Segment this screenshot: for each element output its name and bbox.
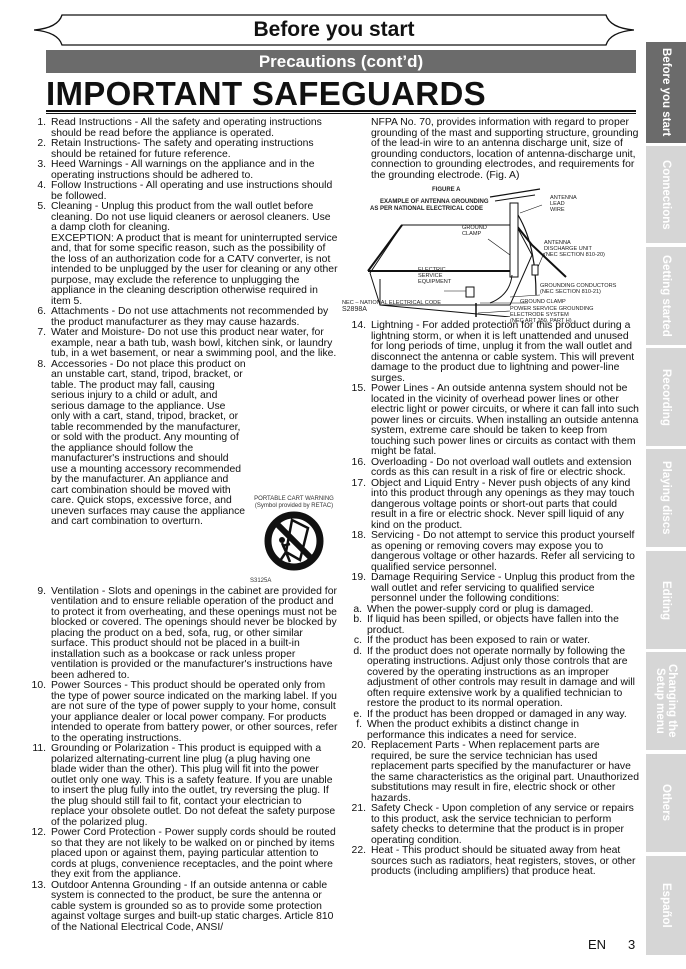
list-item: 2.Retain Instructions- The safety and op… [20, 139, 338, 160]
sub-item: b.If liquid has been spilled, or objects… [340, 615, 640, 636]
tab-label: Editing [660, 581, 672, 620]
sub-item-letter: d. [340, 647, 367, 710]
list-item: 4.Follow Instructions - All operating an… [20, 181, 338, 202]
item-text: Power Sources - This product should be o… [51, 681, 338, 744]
subsection-title: Precautions (cont’d) [46, 50, 636, 73]
item-text: Heed Warnings - All warnings on the appl… [51, 160, 338, 181]
sub-item-letter: b. [340, 615, 367, 636]
item-exception-text: EXCEPTION: A product that is meant for u… [51, 233, 338, 307]
tab-getting-started[interactable]: Getting started [646, 247, 686, 345]
figure-heading: AS PER NATIONAL ELECTRICAL CODE [370, 206, 483, 212]
tab-connections[interactable]: Connections [646, 146, 686, 243]
item-number: 16. [340, 458, 371, 479]
tab-label: Recording [660, 369, 672, 426]
item-text: Cleaning - Unplug this product from the … [51, 201, 331, 233]
list-item: 16.Overloading - Do not overload wall ou… [340, 458, 640, 479]
item-number: 15. [340, 384, 371, 458]
tab-label: Español [660, 883, 672, 928]
item-number: 22. [340, 846, 371, 878]
item-text: Damage Requiring Service - Unplug this p… [371, 573, 640, 605]
item-text: Follow Instructions - All operating and … [51, 181, 338, 202]
list-item: 13.Outdoor Antenna Grounding - If an out… [20, 881, 338, 934]
label-ground-clamp: GROUND CLAMP [462, 225, 487, 237]
tab-others[interactable]: Others [646, 754, 686, 852]
list-item: 15.Power Lines - An outside antenna syst… [340, 384, 640, 458]
tab-editing[interactable]: Editing [646, 551, 686, 649]
tab-recording[interactable]: Recording [646, 348, 686, 446]
list-item: 6.Attachments - Do not use attachments n… [20, 307, 338, 328]
list-item: 9.Ventilation - Slots and openings in th… [20, 587, 338, 682]
cart-tip-over-icon [262, 510, 326, 572]
sub-item-text: If the product has been exposed to rain … [367, 636, 640, 647]
item-text: Read Instructions - All the safety and o… [51, 118, 338, 139]
sub-item: d.If the product does not operate normal… [340, 647, 640, 710]
item-text: Heat - This product should be situated a… [371, 846, 640, 878]
section-tabs: Before you start Connections Getting sta… [646, 0, 686, 969]
item-text: Overloading - Do not overload wall outle… [371, 458, 640, 479]
item-text: NFPA No. 70, provides information with r… [371, 118, 640, 181]
item-number: 20. [340, 741, 371, 804]
label-ground-clamp-bottom: GROUND CLAMP [520, 299, 566, 305]
list-item: 18.Servicing - Do not attempt to service… [340, 531, 640, 573]
item-number: 19. [340, 573, 371, 605]
item-number: 11. [20, 744, 51, 828]
item-number: 8. [20, 360, 51, 587]
item-number: 2. [20, 139, 51, 160]
list-item: 5. Cleaning - Unplug this product from t… [20, 202, 338, 307]
sub-item-text: When the product exhibits a distinct cha… [367, 720, 640, 741]
tab-label: Before you start [660, 48, 672, 136]
page-title: IMPORTANT SAFEGUARDS [46, 76, 486, 112]
tab-changing-setup-menu[interactable]: Changing the Setup menu [646, 652, 686, 750]
tab-label: Others [660, 784, 672, 821]
item-number: 13. [20, 881, 51, 934]
item-number: 4. [20, 181, 51, 202]
list-item: 3.Heed Warnings - All warnings on the ap… [20, 160, 338, 181]
cart-warning-figure: PORTABLE CART WARNING (Symbol provided b… [250, 496, 338, 587]
list-item: 1.Read Instructions - All the safety and… [20, 118, 338, 139]
item-text: Safety Check - Upon completion of any se… [371, 804, 640, 846]
sub-item-letter: c. [340, 636, 367, 647]
label-antenna-lead-wire: ANTENNA LEAD WIRE [550, 195, 577, 214]
item-number: 18. [340, 531, 371, 573]
label-antenna-discharge-unit: ANTENNA DISCHARGE UNIT (NEC SECTION 810-… [544, 240, 605, 259]
list-item: 10.Power Sources - This product should b… [20, 681, 338, 744]
tab-label: Playing discs [660, 461, 672, 535]
cart-warning-code: S3125A [250, 576, 338, 587]
item-text: Retain Instructions- The safety and oper… [51, 139, 338, 160]
figure-antenna-grounding: FIGURE A EXAMPLE OF ANTENNA GROUNDING AS… [340, 185, 640, 317]
item-number: 12. [20, 828, 51, 881]
cart-warning-caption: PORTABLE CART WARNING [250, 496, 338, 503]
language-code: EN [588, 937, 606, 952]
sub-item-text: If liquid has been spilled, or objects h… [367, 615, 640, 636]
figure-heading: EXAMPLE OF ANTENNA GROUNDING [380, 199, 489, 205]
item-text: Water and Moisture- Do not use this prod… [51, 328, 338, 360]
section-header: Before you start [34, 14, 634, 46]
item-text: Power Cord Protection - Power supply cor… [51, 828, 338, 881]
figure-code: S2898A [342, 307, 367, 313]
item-number: 14. [340, 321, 371, 384]
label-power-service-grounding: POWER SERVICE GROUNDING ELECTRODE SYSTEM… [510, 306, 594, 325]
item-text: Power Lines - An outside antenna system … [371, 384, 640, 458]
tab-playing-discs[interactable]: Playing discs [646, 449, 686, 547]
item-number: 7. [20, 328, 51, 360]
title-rule [46, 110, 636, 112]
page-number: 3 [628, 937, 635, 952]
item-number: 3. [20, 160, 51, 181]
right-column: NFPA No. 70, provides information with r… [340, 118, 640, 878]
title-rule-thin [46, 113, 636, 114]
left-column: 1.Read Instructions - All the safety and… [20, 118, 338, 933]
item-number: 9. [20, 587, 51, 682]
item-text: Replacement Parts - When replacement par… [371, 741, 640, 804]
tab-label: Getting started [660, 255, 672, 337]
item-text: Ventilation - Slots and openings in the … [51, 587, 338, 682]
item-number: 21. [340, 804, 371, 846]
section-title: Before you start [34, 14, 634, 46]
tab-label: Connections [660, 160, 672, 230]
list-item: 19.Damage Requiring Service - Unplug thi… [340, 573, 640, 605]
item-number: 5. [20, 202, 51, 307]
item-text: Object and Liquid Entry - Never push obj… [371, 479, 640, 532]
label-electric-service-equipment: ELECTRIC SERVICE EQUIPMENT [418, 267, 451, 286]
item-number: 10. [20, 681, 51, 744]
list-item: 8. PORTABLE CART WARNING (Symbol provide… [20, 360, 338, 587]
tab-label: Changing the Setup menu [654, 664, 678, 737]
tab-before-you-start[interactable]: Before you start [646, 42, 686, 143]
item-text: Servicing - Do not attempt to service th… [371, 531, 640, 573]
tab-espanol[interactable]: Español [646, 856, 686, 955]
list-item: 21.Safety Check - Upon completion of any… [340, 804, 640, 846]
label-grounding-conductors: GROUNDING CONDUCTORS (NEC SECTION 810-21… [540, 283, 616, 295]
sub-item: f.When the product exhibits a distinct c… [340, 720, 640, 741]
item-text: Accessories - Do not place this product … [51, 359, 246, 528]
item-number: 6. [20, 307, 51, 328]
sub-item: c.If the product has been exposed to rai… [340, 636, 640, 647]
sub-item-text: If the product does not operate normally… [367, 647, 640, 710]
item-text: Grounding or Polarization - This product… [51, 744, 338, 828]
list-item: 11.Grounding or Polarization - This prod… [20, 744, 338, 828]
item-text: Lightning - For added protection for thi… [371, 321, 640, 384]
list-item: 22.Heat - This product should be situate… [340, 846, 640, 878]
list-item: 12.Power Cord Protection - Power supply … [20, 828, 338, 881]
cart-warning-source: (Symbol provided by RETAC) [250, 503, 338, 510]
item-text: Attachments - Do not use attachments not… [51, 307, 338, 328]
list-item-continuation: NFPA No. 70, provides information with r… [340, 118, 640, 181]
item-text: Outdoor Antenna Grounding - If an outsid… [51, 881, 338, 934]
list-item: 20.Replacement Parts - When replacement … [340, 741, 640, 804]
list-item: 7.Water and Moisture- Do not use this pr… [20, 328, 338, 360]
list-item: 17.Object and Liquid Entry - Never push … [340, 479, 640, 532]
sub-item-letter: f. [340, 720, 367, 741]
item-number: 1. [20, 118, 51, 139]
list-item: 14.Lightning - For added protection for … [340, 321, 640, 384]
figure-title: FIGURE A [432, 187, 460, 193]
sub-item-letter: e. [340, 710, 367, 721]
item-number: 17. [340, 479, 371, 532]
